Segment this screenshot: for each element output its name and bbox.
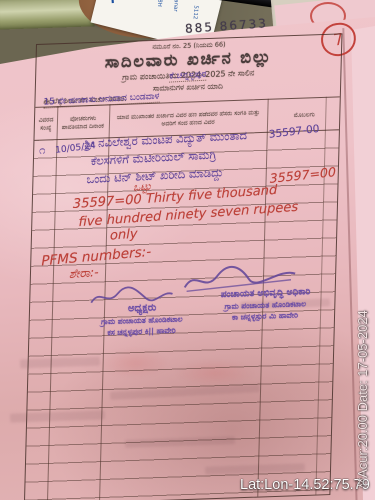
photo-of-expense-bill: AL 388H anar 5112 885 86733 7 ನಮೂನೆ ನಂ. … [0, 0, 375, 500]
gps-latlon-watermark: Lat:Lon-14.52:75.79 [240, 477, 370, 493]
col-serial-header: ವಿವರದ ಸಂಖ್ಯೆ [34, 107, 57, 142]
expense-bill-form: ನಮೂನೆ ನಂ. 25 (ನಿಯಮ 66) ಸಾದಿಲವಾರು ಖರ್ಚಿನ … [24, 33, 343, 500]
amount-words-line3: only [110, 227, 138, 244]
card-letters: AL [106, 0, 126, 5]
card-small-text: 5112 [192, 5, 199, 19]
pdo-stamp: ಪಂಚಾಯತ ಅಭಿವೃದ್ಧಿ ಅಧಿಕಾರಿ ಗ್ರಾಮ ಪಂಚಾಯತ ಹೊ… [190, 286, 341, 324]
gps-accuracy-date-watermark: **Acur:20.00 Date: 17-05-2024 [355, 258, 370, 488]
row1-serial: ೧ [39, 144, 46, 158]
card-small-text: anar [172, 0, 179, 12]
shera-note: ಶೇರಾ:- [69, 265, 99, 282]
card-small-text: 388H [156, 0, 163, 7]
